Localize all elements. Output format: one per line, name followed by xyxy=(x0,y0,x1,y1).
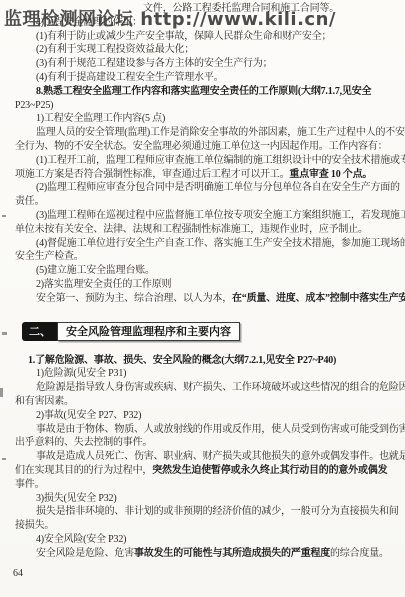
text-segment: 事故是造成人员死亡、伤害、职业病、财产损失或其他损失的意外或偶发事件。也就是人 xyxy=(36,451,405,462)
text-segment: 们在实现其目的的行为过程中， xyxy=(15,465,152,476)
text-segment: 事件。 xyxy=(15,479,44,490)
text-segment: 责任。 xyxy=(15,196,44,207)
text-flow-bottom: 1.了解危险源、事故、损失、安全风险的概念(大纲7.2.1,见安全 P27~P4… xyxy=(0,354,405,561)
text-line: 责任。 xyxy=(15,195,399,209)
text-segment: 事故是由于物体、物质、人或放射线的作用或反作用，使人员受到伤害或可能受到伤害的、 xyxy=(36,424,405,435)
text-line: 安全风险是危险、危害事故发生的可能性与其所造成损失的严重程度的综合度量。 xyxy=(15,547,399,561)
text-line: 危险源是指导致人身伤害或疾病、财产损失、工作环境破坏或这些情况的组合的危险因素 xyxy=(15,381,399,395)
text-line: 1)工程安全监理工作内容(5 点) xyxy=(15,112,399,126)
text-segment: 安全生产检查。 xyxy=(15,251,84,262)
text-segment: 1)工程安全监理工作内容(5 点) xyxy=(36,113,165,124)
scan-artifact xyxy=(2,215,6,217)
text-line: (1)有利于防止或减少生产安全事故，保障人民群众生命和财产安全； xyxy=(15,30,399,44)
text-segment: 单位未按有关安全、法律、法规和工程强制性标准施工，违规作业时，应予制止。 xyxy=(15,224,368,235)
text-segment: (3)有利于规范工程建设参与各方主体的安全生产行为； xyxy=(36,58,272,69)
section-number-badge: 二、 xyxy=(22,322,57,341)
text-line: 安全生产检查。 xyxy=(15,250,399,264)
text-line: 2)落实监理安全责任的工作原则 xyxy=(15,278,399,292)
text-segment: 和有害因素。 xyxy=(15,396,74,407)
text-line: 事故是造成人员死亡、伤害、职业病、财产损失或其他损失的意外或偶发事件。也就是人 xyxy=(15,450,399,464)
text-line: 监理人员的安全管理(监理)工作是消除安全事故的外部因素，施工生产过程中人的不安 xyxy=(15,126,399,140)
text-segment: 4)安全风险(安全 P32) xyxy=(36,534,126,545)
section-title: 安全风险管理监理程序和主要内容 xyxy=(57,322,240,341)
text-line: 接损失。 xyxy=(15,519,399,533)
text-segment: 1)危险源(见安全 P31) xyxy=(36,368,126,379)
text-segment: (2)监理工程师应审查分包合同中是否明确施工单位与分包单位各自在安全生产方面的 xyxy=(36,182,400,193)
text-segment: 2)落实监理安全责任的工作原则 xyxy=(36,279,171,290)
scan-artifact xyxy=(2,458,6,460)
text-segment: 全行为、物的不安全状态。安全监理必须通过施工单位这一内因起作用。工作内容有： xyxy=(15,141,387,152)
text-line: (1)工程开工前，监理工程师应审查施工单位编制的施工组织设计中的安全技术措施或专 xyxy=(15,154,399,168)
bold-text-segment: 1.了解危险源、事故、损失、安全风险的概念(大纲7.2.1,见安全 P27~P4… xyxy=(28,355,336,366)
text-segment: 出乎意料的、失去控制的事件。 xyxy=(15,437,152,448)
text-segment: P23~P25) xyxy=(15,100,53,111)
text-line: 项施工方案是否符合强制性标准，审查通过后工程才可以开工。重点审查 10 个点。 xyxy=(15,168,399,182)
text-line: (4)督促施工单位进行安全生产自查工作、落实施工生产安全技术措施，参加施工现场的 xyxy=(15,237,399,251)
text-line: (4)有利于提高建设工程安全生产管理水平。 xyxy=(15,71,399,85)
text-line: 损失是指非环境的、非计划的或非预期的经济价值的减少，一般可分为直接损失和间 xyxy=(15,505,399,519)
text-segment: (5)建立施工安全监理台账。 xyxy=(36,265,155,276)
text-line: 们在实现其目的的行为过程中，突然发生迫使暂停或永久终止其行动目的的意外或偶发 xyxy=(15,464,399,478)
text-line: 1.了解危险源、事故、损失、安全风险的概念(大纲7.2.1,见安全 P27~P4… xyxy=(15,354,399,368)
text-segment: 安全第一、预防为主、综合治理、以人为本， xyxy=(36,293,232,304)
text-line: 3)损失(见安全 P32) xyxy=(15,492,399,506)
text-line: (2)有利于实现工程投资效益最大化； xyxy=(15,43,399,57)
section-header: 二、 安全风险管理监理程序和主要内容 xyxy=(22,322,405,341)
text-segment: (1)有利于防止或减少生产安全事故，保障人民群众生命和财产安全； xyxy=(36,31,331,42)
text-segment: 危险源是指导致人身伤害或疾病、财产损失、工作环境破坏或这些情况的组合的危险因素 xyxy=(36,382,405,393)
bold-text-segment: 重点审查 10 个点。 xyxy=(289,169,372,180)
bold-text-segment: 8.熟悉工程安全监理工作内容和落实监理安全责任的工作原则(大纲7.1.7,见安全 xyxy=(36,86,371,97)
text-line: (3)监理工程师在巡视过程中应监督施工单位按专项安全施工方案组织施工，若发现施工 xyxy=(15,209,399,223)
text-segment: (4)督促施工单位进行安全生产自查工作、落实施工生产安全技术措施，参加施工现场的 xyxy=(36,238,405,249)
text-line: (3)有利于规范工程建设参与各方主体的安全生产行为； xyxy=(15,57,399,71)
text-line: 安全第一、预防为主、综合治理、以人为本，在“质量、进度、成本”控制中落实生产安全… xyxy=(15,292,399,306)
forum-watermark: 监理检测网论坛 http://www.kili.cn/ xyxy=(4,5,336,31)
scan-artifact xyxy=(0,388,3,397)
scanned-document-page: 监理检测网论坛 http://www.kili.cn/ 文件，公路工程委托监理合… xyxy=(0,0,405,597)
text-segment: 项施工方案是否符合强制性标准，审查通过后工程才可以开工。 xyxy=(15,169,289,180)
text-line: 单位未按有关安全、法律、法规和工程强制性标准施工，违规作业时，应予制止。 xyxy=(15,223,399,237)
scan-artifact xyxy=(2,332,7,335)
text-line: 全行为、物的不安全状态。安全监理必须通过施工单位这一内因起作用。工作内容有： xyxy=(15,140,399,154)
text-flow-top: 文件，公路工程委托监理合同和施工合同等。4)工程安全监理的作用：(1)有利于防止… xyxy=(0,0,405,306)
bold-text-segment: 事故发生的可能性与其所造成损失的严重程度 xyxy=(134,548,330,559)
text-segment: 2)事故(见安全 P27、P32) xyxy=(36,410,141,421)
text-line: 事件。 xyxy=(15,478,399,492)
text-segment: (3)监理工程师在巡视过程中应监督施工单位按专项安全施工方案组织施工，若发现施工 xyxy=(36,210,405,221)
text-line: 事故是由于物体、物质、人或放射线的作用或反作用，使人员受到伤害或可能受到伤害的、 xyxy=(15,423,399,437)
text-line: 出乎意料的、失去控制的事件。 xyxy=(15,436,399,450)
page-number: 64 xyxy=(13,568,23,579)
text-segment: (2)有利于实现工程投资效益最大化； xyxy=(36,44,194,55)
text-segment: 3)损失(见安全 P32) xyxy=(36,493,116,504)
text-segment: (1)工程开工前，监理工程师应审查施工单位编制的施工组织设计中的安全技术措施或专 xyxy=(36,155,405,166)
text-line: 1)危险源(见安全 P31) xyxy=(15,367,399,381)
text-segment: 安全风险是危险、危害 xyxy=(36,548,134,559)
bold-text-segment: 突然发生迫使暂停或永久终止其行动目的的意外或偶发 xyxy=(152,465,387,476)
bold-text-segment: 在“质量、进度、成本”控制中落实生产安全。 xyxy=(232,293,405,304)
text-line: 8.熟悉工程安全监理工作内容和落实监理安全责任的工作原则(大纲7.1.7,见安全 xyxy=(15,85,399,99)
text-line: P23~P25) xyxy=(15,99,399,113)
text-line: (5)建立施工安全监理台账。 xyxy=(15,264,399,278)
text-segment: 的综合度量。 xyxy=(330,548,389,559)
text-segment: 接损失。 xyxy=(15,520,54,531)
text-line: (2)监理工程师应审查分包合同中是否明确施工单位与分包单位各自在安全生产方面的 xyxy=(15,181,399,195)
text-line: 和有害因素。 xyxy=(15,395,399,409)
text-segment: 监理人员的安全管理(监理)工作是消除安全事故的外部因素，施工生产过程中人的不安 xyxy=(36,127,405,138)
text-segment: 损失是指非环境的、非计划的或非预期的经济价值的减少，一般可分为直接损失和间 xyxy=(36,506,399,517)
text-line: 4)安全风险(安全 P32) xyxy=(15,533,399,547)
text-line: 2)事故(见安全 P27、P32) xyxy=(15,409,399,423)
text-segment: (4)有利于提高建设工程安全生产管理水平。 xyxy=(36,72,223,83)
